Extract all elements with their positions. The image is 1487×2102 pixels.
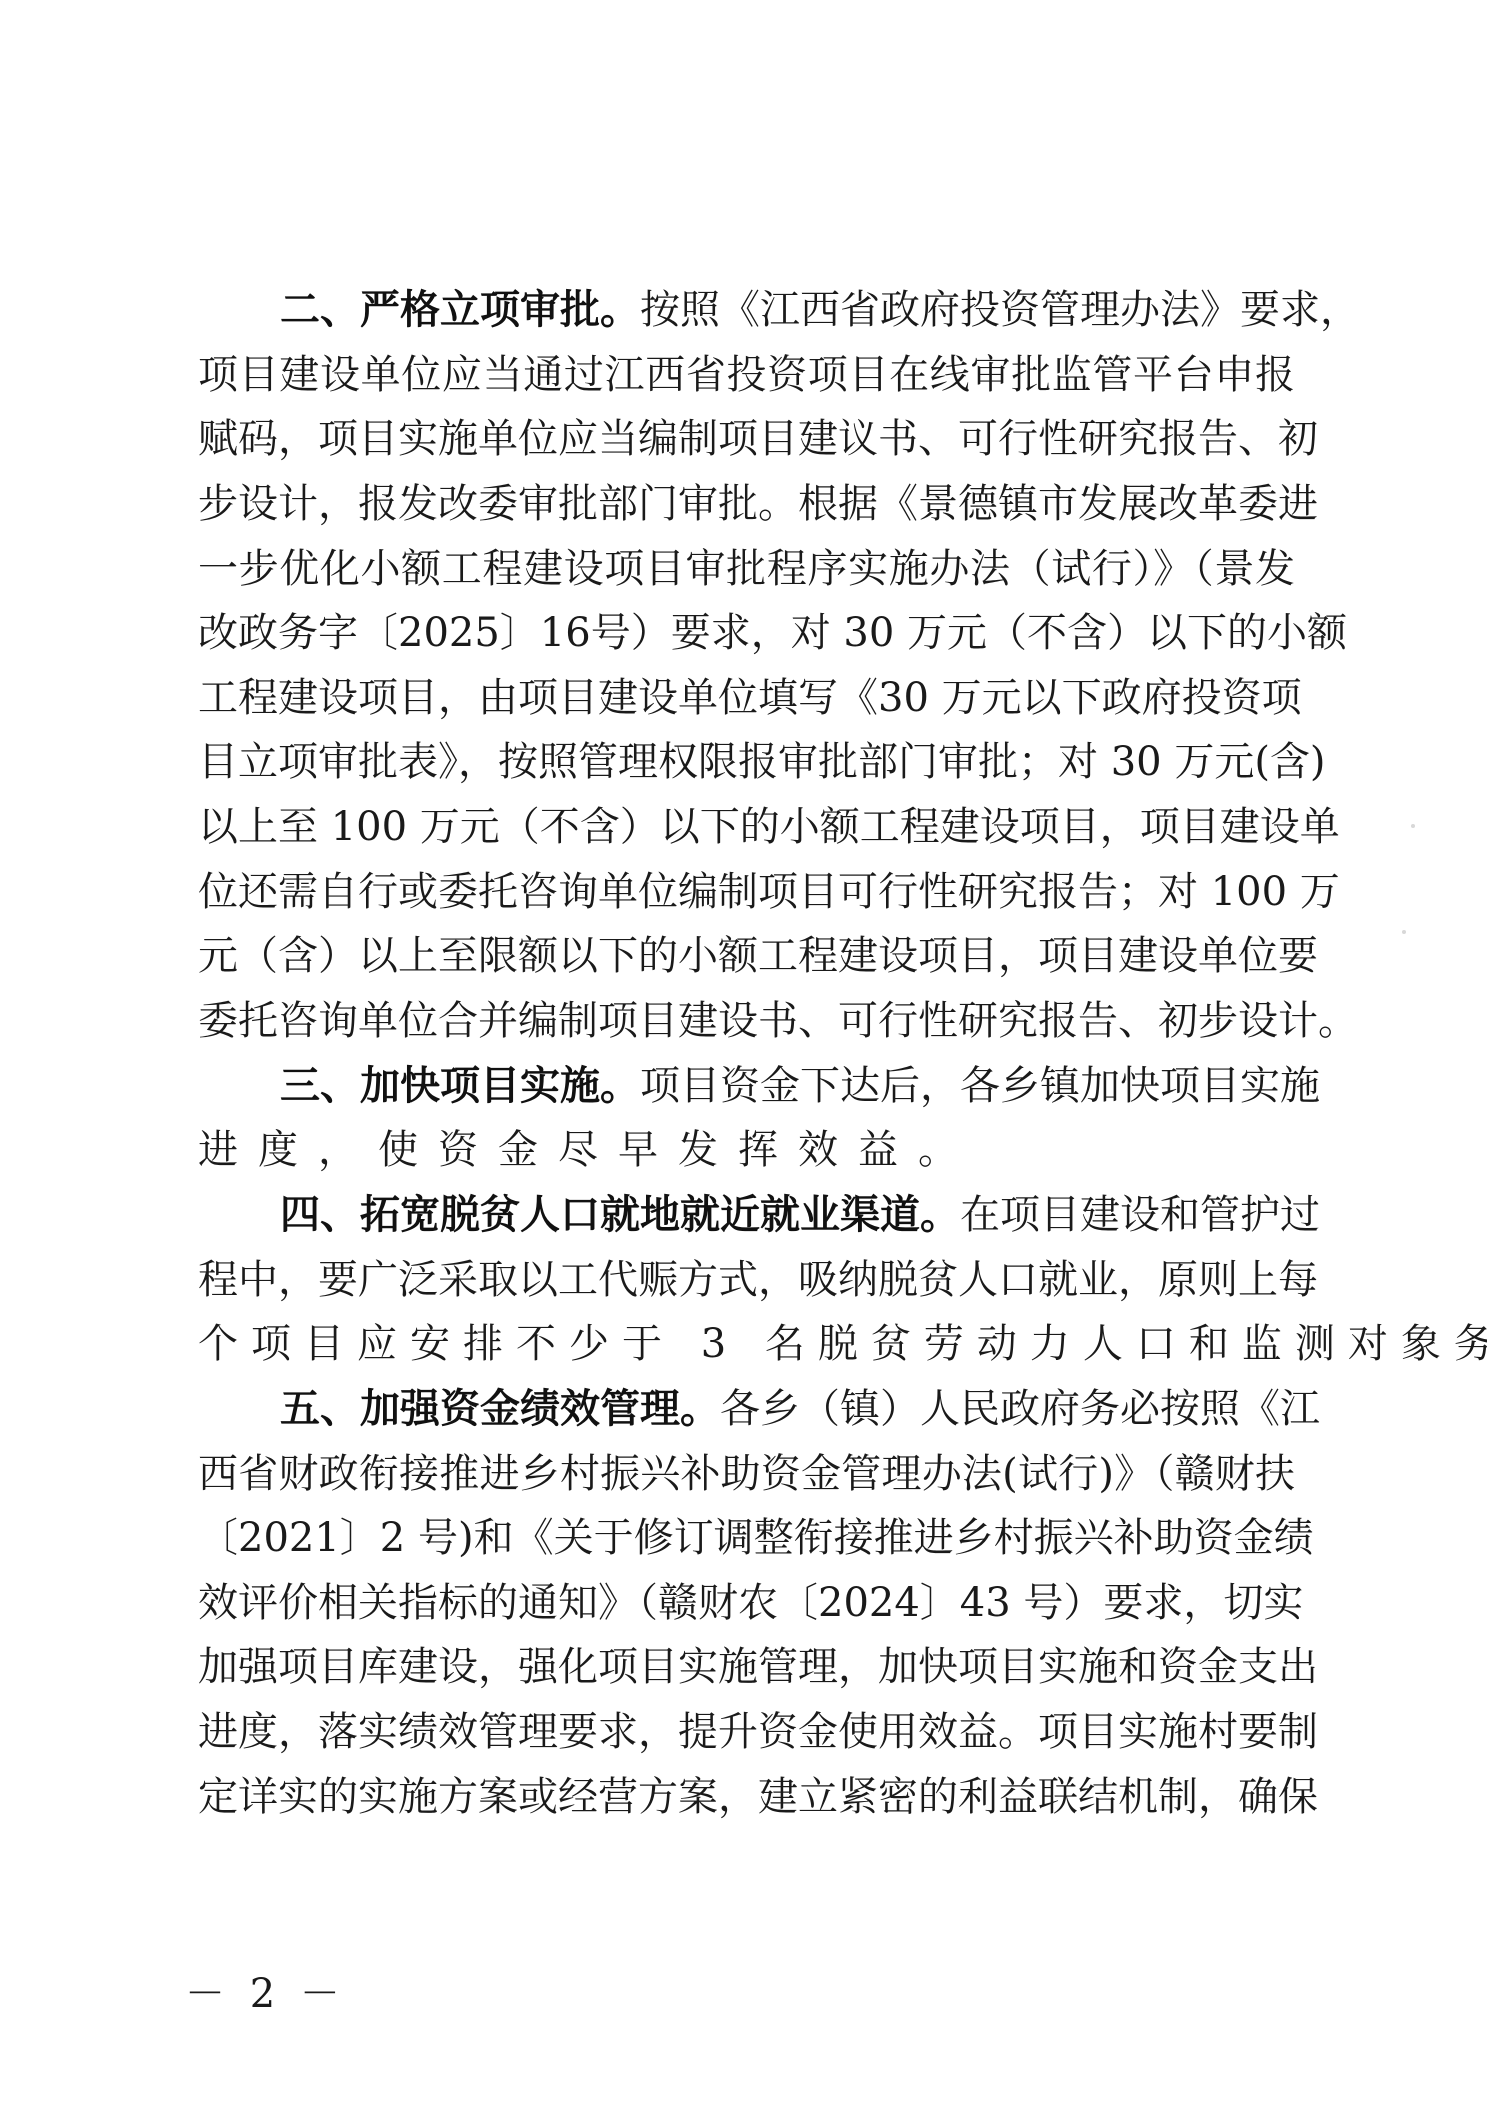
line-text: 按照《江西省政府投资管理办法》要求，: [640, 287, 1360, 333]
line-text: 项目资金下达后，各乡镇加快项目实施: [640, 1063, 1320, 1109]
text-line: 步设计，报发改委审批部门审批。根据《景德镇市发展改革委进: [198, 472, 1295, 537]
text-line: 一步优化小额工程建设项目审批程序实施办法（试行）》（景发: [198, 537, 1295, 602]
text-line: 进度，落实绩效管理要求，提升资金使用效益。项目实施村要制: [198, 1700, 1295, 1765]
line-text: 元（含）以上至限额以下的小额工程建设项目，项目建设单位要: [198, 933, 1318, 979]
scan-speck: [1402, 930, 1406, 934]
scan-speck: [1411, 824, 1415, 828]
section-heading: 三、加快项目实施。: [280, 1063, 640, 1109]
text-line: 目立项审批表》，按照管理权限报审批部门审批；对 30 万元(含): [198, 730, 1295, 795]
line-text: 一步优化小额工程建设项目审批程序实施办法（试行）》（景发: [198, 546, 1295, 592]
line-text: 步设计，报发改委审批部门审批。根据《景德镇市发展改革委进: [198, 481, 1318, 527]
text-line: 项目建设单位应当通过江西省投资项目在线审批监管平台申报: [198, 343, 1295, 408]
line-text: 加强项目库建设，强化项目实施管理，加快项目实施和资金支出: [198, 1644, 1318, 1690]
document-body: 二、严格立项审批。按照《江西省政府投资管理办法》要求， 项目建设单位应当通过江西…: [198, 278, 1295, 1829]
line-text: 目立项审批表》，按照管理权限报审批部门审批；对 30 万元(含): [198, 739, 1326, 785]
section-heading: 五、加强资金绩效管理。: [280, 1386, 720, 1432]
text-line: 以上至 100 万元（不含）以下的小额工程建设项目，项目建设单: [198, 795, 1295, 860]
line-text: 进度，落实绩效管理要求，提升资金使用效益。项目实施村要制: [198, 1709, 1318, 1755]
section-2-heading-line: 二、严格立项审批。按照《江西省政府投资管理办法》要求，: [198, 278, 1295, 343]
document-page: 二、严格立项审批。按照《江西省政府投资管理办法》要求， 项目建设单位应当通过江西…: [0, 0, 1487, 2102]
text-line: 委托咨询单位合并编制项目建设书、可行性研究报告、初步设计。: [198, 989, 1295, 1054]
section-heading: 二、严格立项审批。: [280, 287, 640, 333]
line-text: 在项目建设和管护过: [960, 1192, 1320, 1238]
line-text: 进度，使资金尽早发挥效益。: [198, 1127, 978, 1173]
section-heading: 四、拓宽脱贫人口就地就近就业渠道。: [280, 1192, 960, 1238]
text-line: 工程建设项目，由项目建设单位填写《30 万元以下政府投资项: [198, 666, 1295, 731]
text-line: 改政务字〔2025〕16号）要求，对 30 万元（不含）以下的小额: [198, 601, 1295, 666]
section-5-heading-line: 五、加强资金绩效管理。各乡（镇）人民政府务必按照《江: [198, 1377, 1295, 1442]
line-text: 赋码，项目实施单位应当编制项目建议书、可行性研究报告、初: [198, 416, 1318, 462]
text-line: 赋码，项目实施单位应当编制项目建议书、可行性研究报告、初: [198, 407, 1295, 472]
text-line: 西省财政衔接推进乡村振兴补助资金管理办法(试行)》（赣财扶: [198, 1442, 1295, 1507]
line-text: 委托咨询单位合并编制项目建设书、可行性研究报告、初步设计。: [198, 998, 1358, 1044]
text-line: 位还需自行或委托咨询单位编制项目可行性研究报告；对 100 万: [198, 860, 1295, 925]
line-text: 位还需自行或委托咨询单位编制项目可行性研究报告；对 100 万: [198, 869, 1340, 915]
text-line: 进度，使资金尽早发挥效益。: [198, 1118, 1295, 1183]
section-3-heading-line: 三、加快项目实施。项目资金下达后，各乡镇加快项目实施: [198, 1054, 1295, 1119]
page-number: － 2 －: [185, 1962, 346, 2019]
line-text: 改政务字〔2025〕16号）要求，对 30 万元（不含）以下的小额: [198, 610, 1347, 656]
line-text: 项目建设单位应当通过江西省投资项目在线审批监管平台申报: [198, 352, 1295, 398]
line-text: 工程建设项目，由项目建设单位填写《30 万元以下政府投资项: [198, 675, 1302, 721]
text-line: 加强项目库建设，强化项目实施管理，加快项目实施和资金支出: [198, 1635, 1295, 1700]
line-text: 以上至 100 万元（不含）以下的小额工程建设项目，项目建设单: [198, 804, 1340, 850]
line-text: 个项目应安排不少于 3 名脱贫劳动力人口和监测对象务工。: [198, 1321, 1487, 1367]
text-line: 个项目应安排不少于 3 名脱贫劳动力人口和监测对象务工。: [198, 1312, 1295, 1377]
line-text: 程中，要广泛采取以工代赈方式，吸纳脱贫人口就业，原则上每: [198, 1257, 1318, 1303]
line-text: 各乡（镇）人民政府务必按照《江: [720, 1386, 1320, 1432]
text-line: 效评价相关指标的通知》（赣财农〔2024〕43 号）要求，切实: [198, 1571, 1295, 1636]
text-line: 〔2021〕2 号)和《关于修订调整衔接推进乡村振兴补助资金绩: [198, 1506, 1295, 1571]
line-text: 西省财政衔接推进乡村振兴补助资金管理办法(试行)》（赣财扶: [198, 1451, 1295, 1497]
line-text: 效评价相关指标的通知》（赣财农〔2024〕43 号）要求，切实: [198, 1580, 1303, 1626]
line-text: 〔2021〕2 号)和《关于修订调整衔接推进乡村振兴补助资金绩: [198, 1515, 1314, 1561]
line-text: 定详实的实施方案或经营方案，建立紧密的利益联结机制，确保: [198, 1774, 1318, 1820]
text-line: 程中，要广泛采取以工代赈方式，吸纳脱贫人口就业，原则上每: [198, 1248, 1295, 1313]
text-line: 定详实的实施方案或经营方案，建立紧密的利益联结机制，确保: [198, 1765, 1295, 1830]
text-line: 元（含）以上至限额以下的小额工程建设项目，项目建设单位要: [198, 924, 1295, 989]
section-4-heading-line: 四、拓宽脱贫人口就地就近就业渠道。在项目建设和管护过: [198, 1183, 1295, 1248]
